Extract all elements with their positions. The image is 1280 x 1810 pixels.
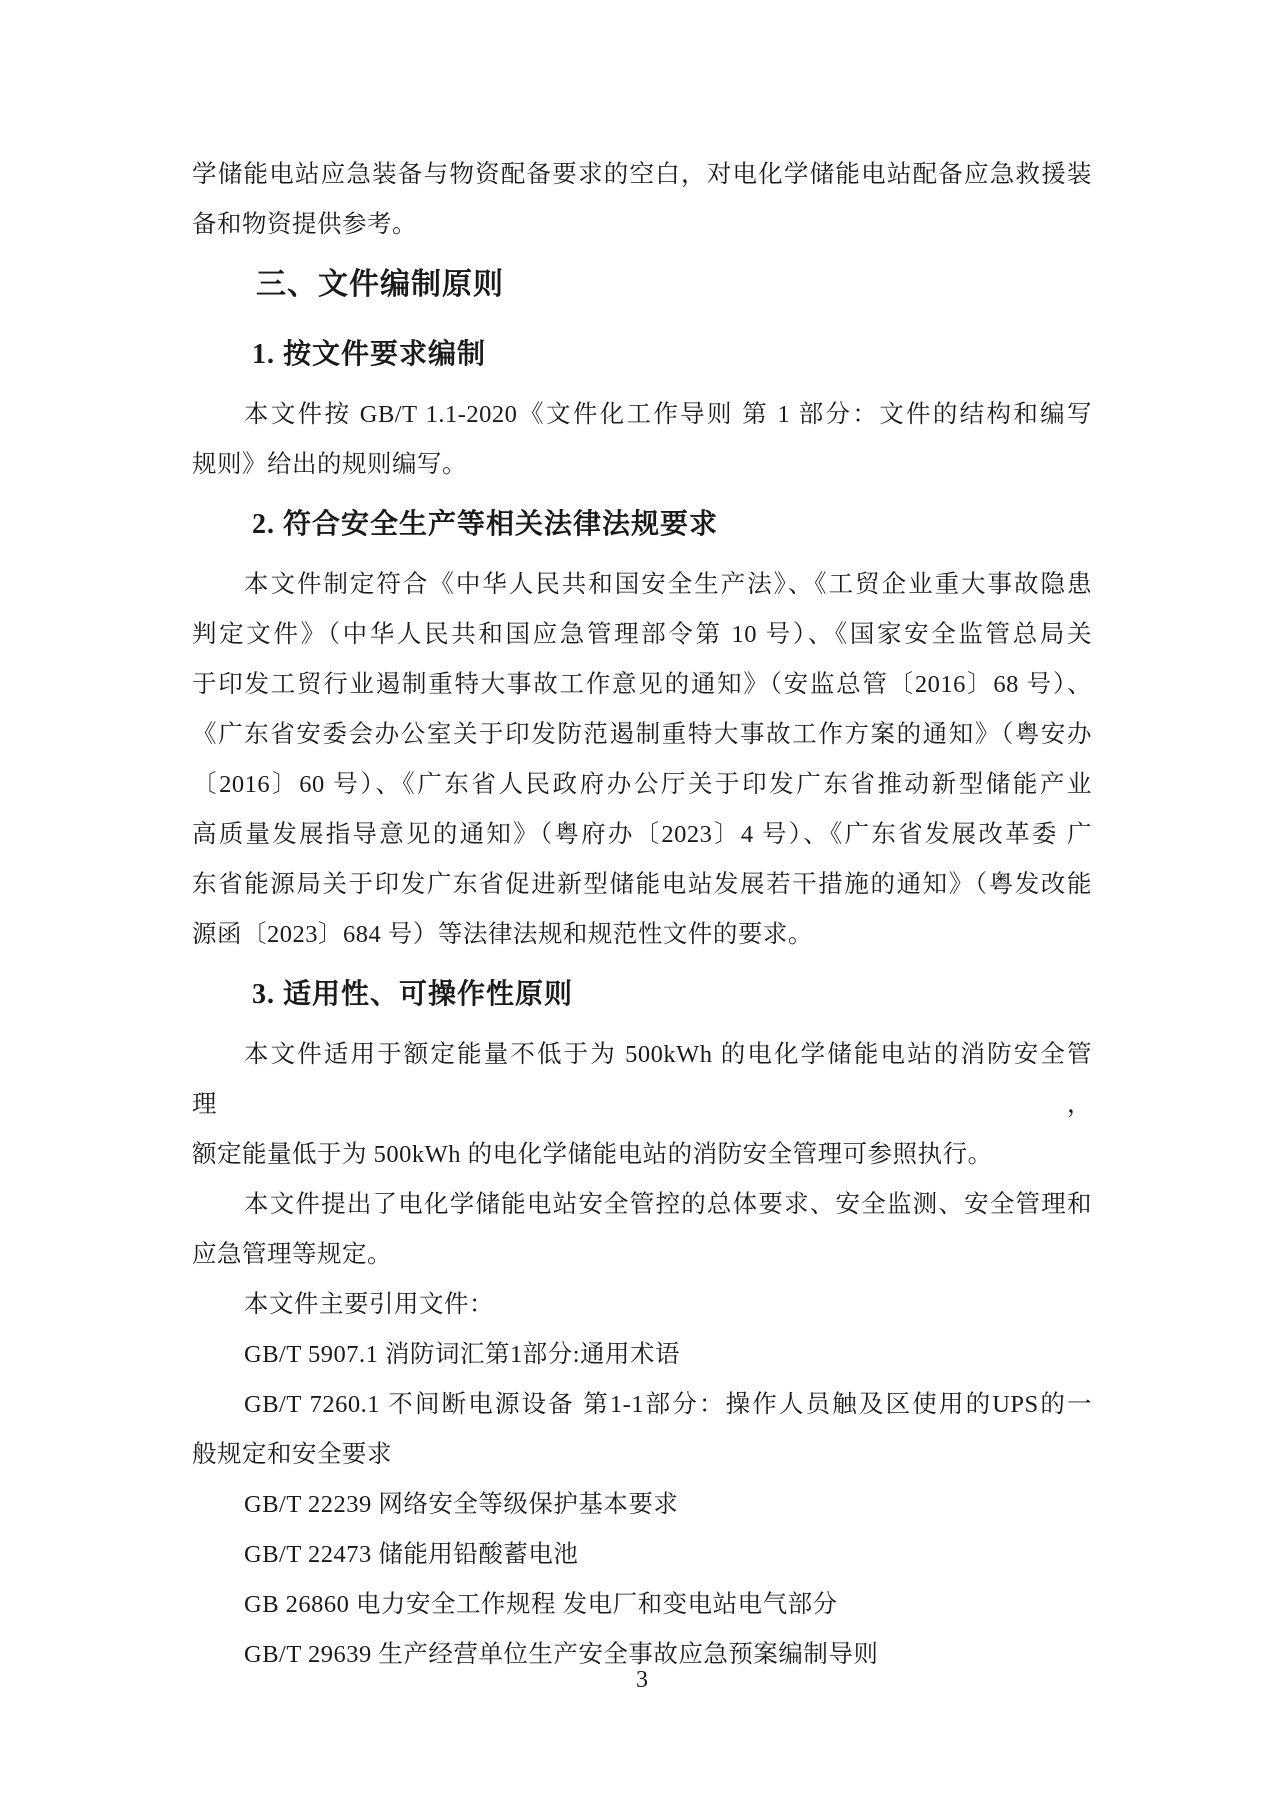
paragraph-line: 规则》给出的规则编写。 <box>192 440 1092 490</box>
paragraph-line: 本文件适用于额定能量不低于为 500kWh 的电化学储能电站的消防安全管理， <box>192 1030 1092 1130</box>
paragraph-line: 〔2016〕60 号）、《广东省人民政府办公厅关于印发广东省推动新型储能产业 <box>192 760 1092 810</box>
paragraph-line: 本文件制定符合《中华人民共和国安全生产法》、《工贸企业重大事故隐患 <box>192 560 1092 610</box>
reference-line: 般规定和安全要求 <box>192 1430 1092 1480</box>
paragraph-line: 本文件按 GB/T 1.1-2020《文件化工作导则 第 1 部分：文件的结构和… <box>192 390 1092 440</box>
subsection-heading: 3. 适用性、可操作性原则 <box>192 970 1092 1020</box>
paragraph-line: 学储能电站应急装备与物资配备要求的空白，对电化学储能电站配备应急救援装 <box>192 150 1092 200</box>
section-heading: 三、文件编制原则 <box>192 260 1092 310</box>
document-body: 学储能电站应急装备与物资配备要求的空白，对电化学储能电站配备应急救援装备和物资提… <box>0 0 1280 1680</box>
paragraph-line: 《广东省安委会办公室关于印发防范遏制重特大事故工作方案的通知》（粤安办 <box>192 710 1092 760</box>
reference-line: GB/T 22239 网络安全等级保护基本要求 <box>192 1480 1092 1530</box>
paragraph-line: 东省能源局关于印发广东省促进新型储能电站发展若干措施的通知》（粤发改能 <box>192 860 1092 910</box>
reference-line: GB/T 5907.1 消防词汇第1部分:通用术语 <box>192 1330 1092 1380</box>
subsection-heading: 2. 符合安全生产等相关法律法规要求 <box>192 500 1092 550</box>
paragraph-line: 额定能量低于为 500kWh 的电化学储能电站的消防安全管理可参照执行。 <box>192 1130 1092 1180</box>
paragraph-line: 备和物资提供参考。 <box>192 200 1092 250</box>
paragraph-line: 本文件主要引用文件： <box>192 1280 1092 1330</box>
paragraph-line: 源函〔2023〕684 号）等法律法规和规范性文件的要求。 <box>192 910 1092 960</box>
document-page: 学储能电站应急装备与物资配备要求的空白，对电化学储能电站配备应急救援装备和物资提… <box>0 0 1280 1810</box>
reference-line: GB 26860 电力安全工作规程 发电厂和变电站电气部分 <box>192 1580 1092 1630</box>
paragraph-line: 应急管理等规定。 <box>192 1230 1092 1280</box>
reference-line: GB/T 22473 储能用铅酸蓄电池 <box>192 1530 1092 1580</box>
paragraph-line: 于印发工贸行业遏制重特大事故工作意见的通知》（安监总管〔2016〕68 号）、 <box>192 660 1092 710</box>
paragraph-line: 判定文件》（中华人民共和国应急管理部令第 10 号）、《国家安全监管总局关 <box>192 610 1092 660</box>
paragraph-line: 高质量发展指导意见的通知》（粤府办〔2023〕4 号）、《广东省发展改革委 广 <box>192 810 1092 860</box>
subsection-heading: 1. 按文件要求编制 <box>192 330 1092 380</box>
page-number: 3 <box>192 1662 1092 1698</box>
paragraph-line: 本文件提出了电化学储能电站安全管控的总体要求、安全监测、安全管理和 <box>192 1180 1092 1230</box>
reference-line: GB/T 7260.1 不间断电源设备 第1-1部分：操作人员触及区使用的UPS… <box>192 1380 1092 1430</box>
